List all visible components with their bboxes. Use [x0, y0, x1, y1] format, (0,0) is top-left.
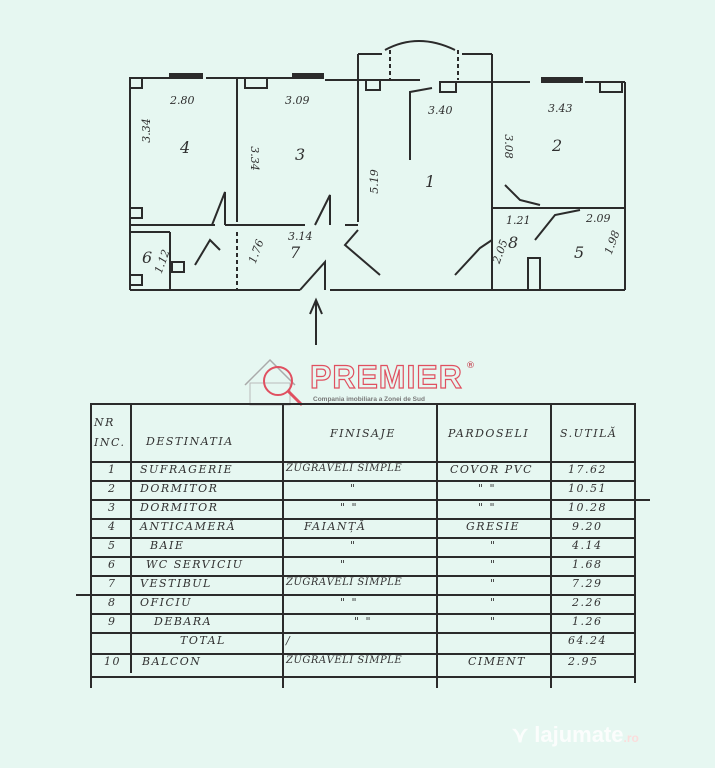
room-1-width: 3.40 [428, 104, 453, 117]
row-nr: 2 [108, 482, 117, 495]
row-s-utila: 2.26 [572, 596, 603, 609]
row-pardoseli: GRESIE [466, 520, 520, 533]
table-header: NR INC. DESTINATIA FINISAJE PARDOSELI S.… [90, 403, 636, 463]
row-finisaje: " " [354, 615, 372, 628]
floor-plan-drawing [0, 0, 715, 350]
row-finisaje: ZUGRĂVELI SIMPLE [286, 577, 402, 588]
room-number-1: 1 [425, 172, 435, 191]
row-destinatia: WC SERVICIU [146, 558, 244, 571]
premier-logo: PREMIER ® Compania imobiliara a Zonei de… [240, 355, 480, 410]
row-destinatia: DORMITOR [140, 501, 218, 514]
row-nr: 7 [108, 577, 117, 590]
table-row: 8 OFICIU " " " 2.26 [76, 594, 636, 615]
table-row: 4 ANTICAMERĂ FAIANȚĂ GRESIE 9.20 [90, 518, 636, 539]
row-pardoseli: " [490, 596, 497, 609]
row-pardoseli: " " [478, 501, 496, 514]
room-7-width: 3.14 [288, 230, 313, 243]
row-finisaje: " " [340, 501, 358, 514]
row-destinatia: DEBARA [154, 615, 212, 628]
room-number-3: 3 [295, 145, 305, 164]
room-8-width: 1.21 [506, 214, 531, 227]
row-nr: 4 [108, 520, 117, 533]
row-s-utila: 2.95 [568, 655, 599, 668]
brand-name: PREMIER [310, 359, 463, 396]
row-finisaje: ZUGRĂVELI SIMPLE [286, 655, 402, 666]
row-finisaje: / [286, 634, 291, 647]
row-pardoseli: " [490, 577, 497, 590]
row-total-s-utila: 64.24 [568, 634, 607, 647]
room-3-width: 3.09 [285, 94, 310, 107]
header-s-utila: S.UTILĂ [560, 427, 617, 440]
watermark-text: lajumate [534, 722, 623, 747]
row-s-utila: 10.51 [568, 482, 607, 495]
row-nr: 1 [108, 463, 117, 476]
row-finisaje: " [350, 482, 357, 495]
registered-mark: ® [466, 361, 475, 371]
room-number-6: 6 [142, 248, 152, 267]
row-nr: 10 [104, 655, 121, 668]
row-finisaje: ZUGRĂVELI SIMPLE [286, 463, 402, 474]
table-row: 9 DEBARA " " " 1.26 [90, 613, 636, 634]
table-row: 5 BAIE " " 4.14 [90, 537, 636, 558]
row-s-utila: 1.26 [572, 615, 603, 628]
row-pardoseli: " [490, 558, 497, 571]
row-finisaje: " [350, 539, 357, 552]
header-nr: NR INC. [94, 413, 128, 453]
row-nr: 5 [108, 539, 117, 552]
row-nr: 8 [108, 596, 117, 609]
table-row: 6 WC SERVICIU " " 1.68 [90, 556, 636, 577]
row-destinatia: ANTICAMERĂ [140, 520, 236, 533]
row-s-utila: 1.68 [572, 558, 603, 571]
room-2-width: 3.43 [548, 102, 573, 115]
table-row-total: TOTAL / 64.24 [90, 632, 636, 655]
lajumate-watermark: ⋎ lajumate.ro [512, 722, 639, 748]
room-5-width: 2.09 [586, 212, 611, 225]
room-3-length: 3.34 [248, 146, 261, 171]
row-pardoseli: " " [478, 482, 496, 495]
row-destinatia: BALCON [142, 655, 201, 668]
row-nr: 3 [108, 501, 117, 514]
room-number-5: 5 [574, 243, 584, 262]
table-row: 10 BALCON ZUGRĂVELI SIMPLE CIMENT 2.95 [90, 653, 636, 678]
row-pardoseli: " [490, 615, 497, 628]
row-pardoseli: COVOR PVC [450, 463, 533, 476]
handshake-icon: ⋎ [512, 722, 528, 747]
row-nr: 9 [108, 615, 117, 628]
table-row: 3 DORMITOR " " " " 10.28 [90, 499, 650, 520]
row-s-utila: 9.20 [572, 520, 603, 533]
room-number-4: 4 [180, 138, 190, 157]
table-row: 1 SUFRAGERIE ZUGRĂVELI SIMPLE COVOR PVC … [90, 461, 636, 482]
header-finisaje: FINISAJE [330, 427, 396, 440]
watermark-suffix: .ro [624, 731, 639, 745]
brand-tagline: Compania imobiliara a Zonei de Sud [313, 396, 425, 403]
row-nr: 6 [108, 558, 117, 571]
room-4-width: 2.80 [170, 94, 195, 107]
table-row: 2 DORMITOR " " " 10.51 [90, 480, 636, 501]
row-finisaje: FAIANȚĂ [304, 520, 366, 533]
row-pardoseli: " [490, 539, 497, 552]
row-s-utila: 10.28 [568, 501, 607, 514]
row-destinatia: TOTAL [180, 634, 226, 647]
row-finisaje: " [340, 558, 347, 571]
row-s-utila: 4.14 [572, 539, 603, 552]
row-s-utila: 7.29 [572, 577, 603, 590]
rooms-table: NR INC. DESTINATIA FINISAJE PARDOSELI S.… [90, 403, 636, 688]
row-pardoseli: CIMENT [468, 655, 526, 668]
room-number-2: 2 [552, 136, 562, 155]
room-1-length: 5.19 [368, 169, 381, 194]
row-s-utila: 17.62 [568, 463, 607, 476]
header-destinatia: DESTINATIA [146, 435, 234, 448]
header-pardoseli: PARDOSELI [448, 427, 529, 440]
table-row: 7 VESTIBUL ZUGRĂVELI SIMPLE " 7.29 [90, 575, 636, 596]
room-4-length: 3.34 [140, 118, 153, 143]
room-2-length: 3.08 [502, 134, 515, 159]
row-destinatia: VESTIBUL [140, 577, 212, 590]
row-destinatia: OFICIU [140, 596, 192, 609]
row-destinatia: BAIE [150, 539, 184, 552]
row-destinatia: DORMITOR [140, 482, 218, 495]
house-magnifier-icon [240, 355, 310, 410]
room-number-7: 7 [290, 243, 300, 262]
row-destinatia: SUFRAGERIE [140, 463, 233, 476]
row-finisaje: " " [340, 596, 358, 609]
